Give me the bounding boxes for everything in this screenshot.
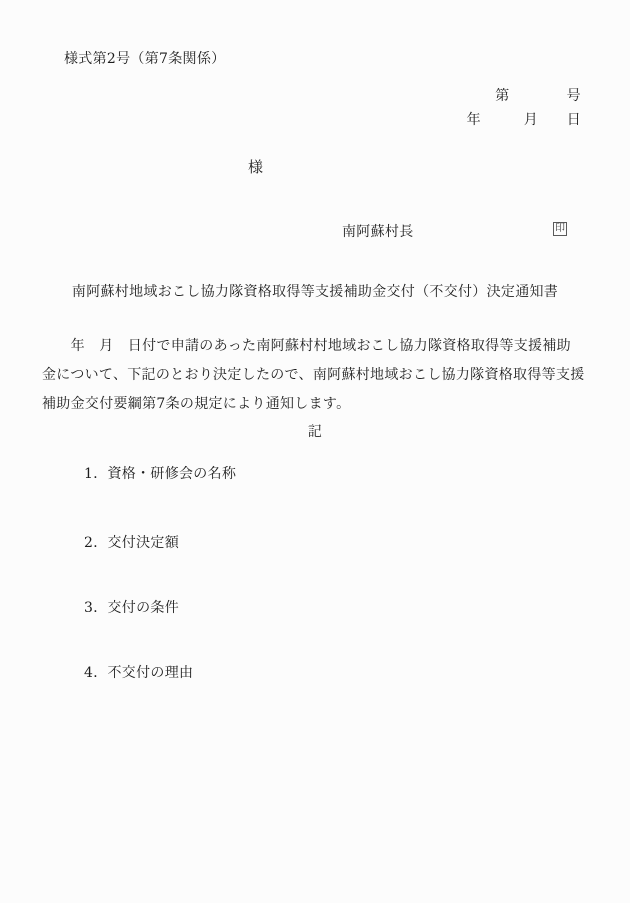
form-number-label: 様式第2号（第7条関係） [64, 48, 225, 68]
body-line: 年 月 日付で申請のあった南阿蘇村村地域おこし協力隊資格取得等支援補助 [42, 332, 590, 361]
body-paragraph: 年 月 日付で申請のあった南阿蘇村村地域おこし協力隊資格取得等支援補助 金につい… [42, 332, 590, 419]
body-line: 金について、下記のとおり決定したので、南阿蘇村地域おこし協力隊資格取得等支援 [42, 361, 590, 390]
reference-block: 第 号 年 月 日 [467, 84, 581, 132]
document-title: 南阿蘇村地域おこし協力隊資格取得等支援補助金交付（不交付）決定通知書 [0, 281, 630, 301]
document-page: 様式第2号（第7条関係） 第 号 年 月 日 様 南阿蘇村長 印 南阿蘇村地域お… [0, 0, 630, 903]
list-item-non-grant-reason: 4．不交付の理由 [84, 662, 193, 682]
list-item-grant-conditions: 3．交付の条件 [84, 597, 179, 617]
document-number-line: 第 号 [467, 84, 581, 108]
seal-placeholder-mark: 印 [553, 222, 567, 236]
list-item-qualification-name: 1．資格・研修会の名称 [84, 463, 236, 483]
date-line: 年 月 日 [467, 108, 581, 132]
addressee-honorific: 様 [248, 156, 263, 177]
body-line: 補助金交付要綱第7条の規定により通知します。 [42, 390, 590, 419]
sender-title: 南阿蘇村長 [342, 221, 414, 241]
list-item-grant-decision-amount: 2．交付決定額 [84, 532, 179, 552]
record-marker: 記 [0, 421, 630, 441]
